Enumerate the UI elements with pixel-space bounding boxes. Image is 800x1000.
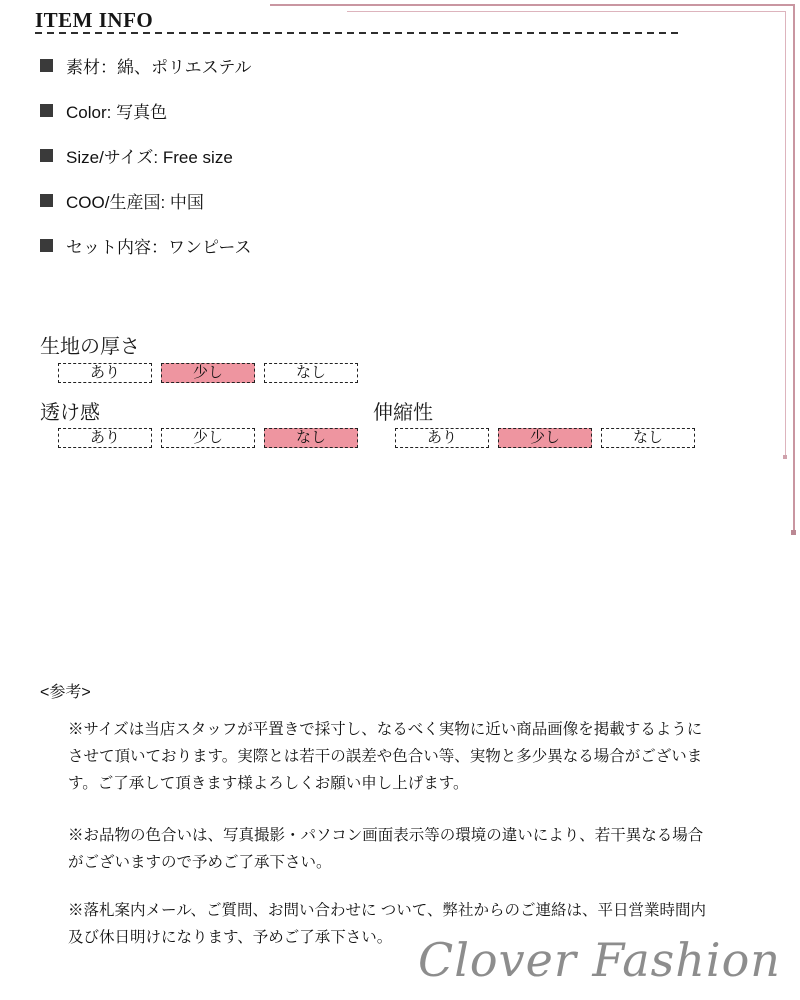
list-item: セット内容：ワンピース (40, 223, 251, 268)
brand-watermark: Clover Fashion (418, 933, 781, 987)
dashed-divider (35, 32, 678, 34)
spec-option-badge: なし (601, 428, 695, 448)
spec-heading-thickness: 生地の厚さ (40, 330, 140, 359)
spec-option-badge: なし (264, 428, 358, 448)
spec-option-badge: 少し (161, 428, 255, 448)
list-item: Color: 写真色 (40, 88, 251, 133)
spec-badges-thickness: あり 少し なし (58, 363, 358, 383)
spec-option-badge: なし (264, 363, 358, 383)
spec-badges-sheerness: あり 少し なし (58, 428, 358, 448)
spec-option-badge: 少し (498, 428, 592, 448)
bullet-square-icon (40, 149, 53, 162)
bullet-square-icon (40, 194, 53, 207)
list-item: 素材：綿、ポリエステル (40, 43, 251, 88)
spec-option-badge: あり (58, 428, 152, 448)
reference-paragraph: ※お品物の色合いは、写真撮影・パソコン画面表示等の環境の違いにより、若干異なる場… (68, 822, 716, 876)
spec-heading-sheerness: 透け感 (40, 396, 100, 425)
spec-option-badge: あり (395, 428, 489, 448)
bullet-square-icon (40, 239, 53, 252)
spec-badges-stretch: あり 少し なし (395, 428, 695, 448)
spec-option-badge: あり (58, 363, 152, 383)
item-info-text: 素材：綿、ポリエステル (66, 53, 251, 78)
spec-heading-stretch: 伸縮性 (373, 396, 433, 425)
decorative-frame-inner (347, 11, 786, 458)
item-info-text: COO/生産国: 中国 (66, 188, 204, 213)
reference-paragraph: ※サイズは当店スタッフが平置きで採寸し、なるべく実物に近い商品画像を掲載するよう… (68, 716, 716, 797)
item-info-text: セット内容：ワンピース (66, 233, 251, 258)
page-title: ITEM INFO (35, 8, 153, 33)
list-item: COO/生産国: 中国 (40, 178, 251, 223)
item-info-list: 素材：綿、ポリエステル Color: 写真色 Size/サイズ: Free si… (40, 43, 251, 268)
bullet-square-icon (40, 59, 53, 72)
spec-option-badge: 少し (161, 363, 255, 383)
item-info-page: ITEM INFO 素材：綿、ポリエステル Color: 写真色 Size/サイ… (0, 0, 800, 1000)
bullet-square-icon (40, 104, 53, 117)
item-info-text: Size/サイズ: Free size (66, 143, 233, 168)
item-info-text: Color: 写真色 (66, 98, 167, 123)
list-item: Size/サイズ: Free size (40, 133, 251, 178)
reference-heading: <参考> (40, 679, 91, 702)
